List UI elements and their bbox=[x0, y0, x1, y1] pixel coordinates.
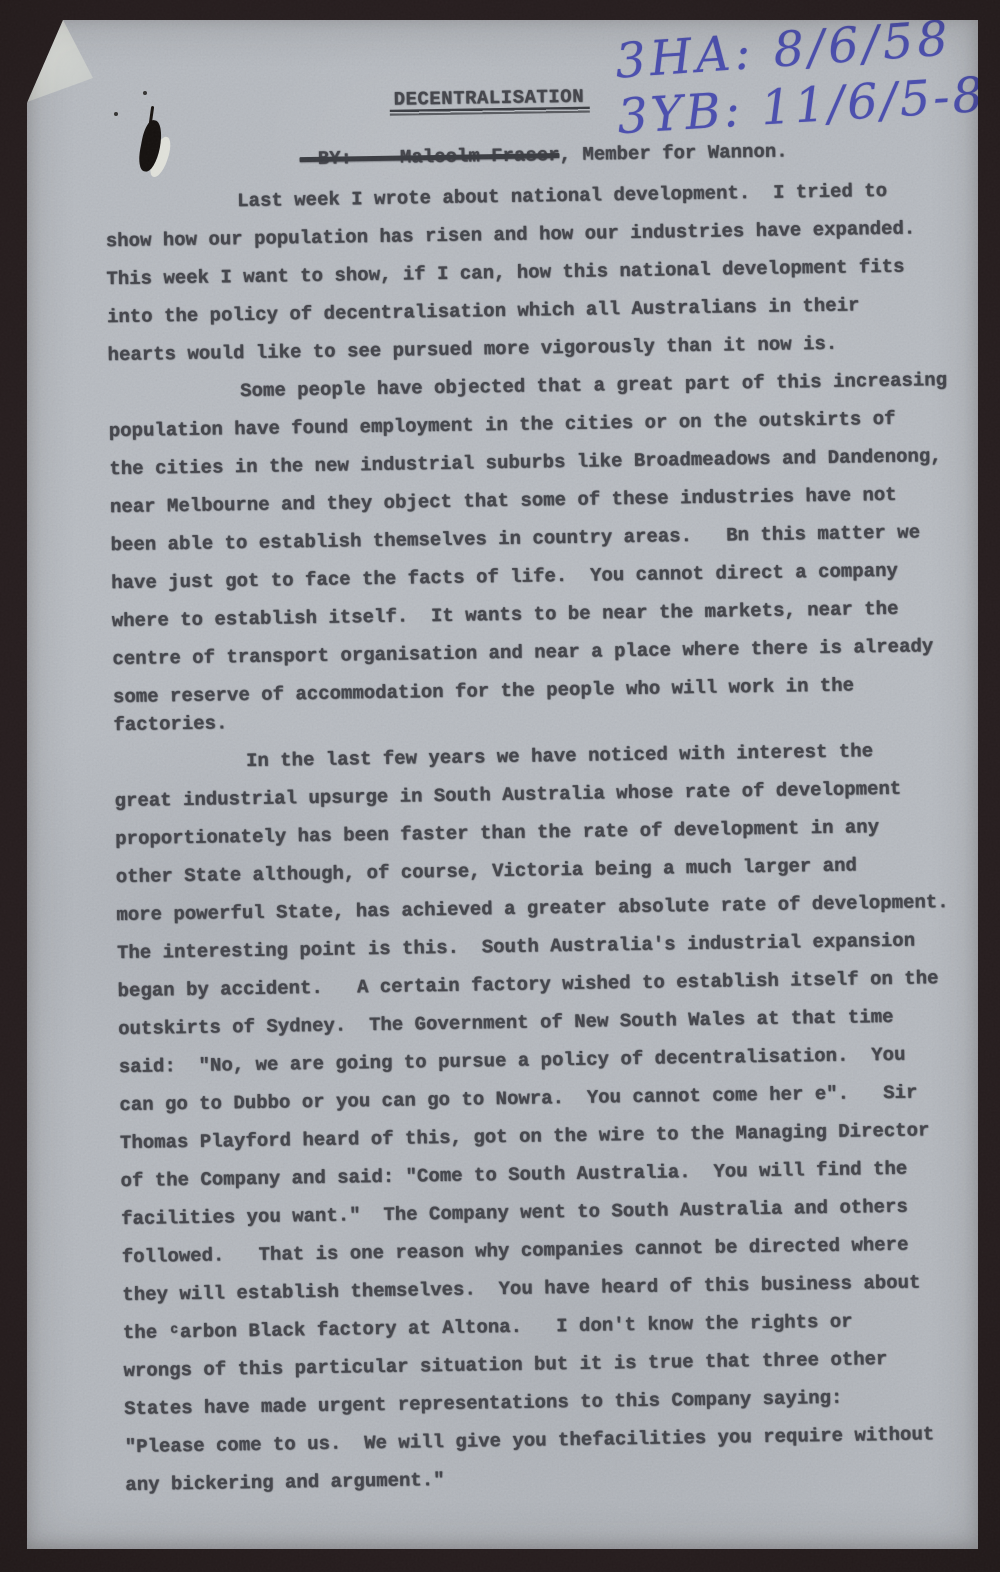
paragraph: In the last few years we have noticed wi… bbox=[114, 731, 986, 1504]
paragraph: Some people have objected that a great p… bbox=[108, 361, 974, 744]
typescript-page: DECENTRALISATION BY:Malcolm Fraser, Memb… bbox=[27, 20, 978, 1549]
document-body: Last week I wrote about national develop… bbox=[105, 171, 986, 1504]
photo-mat-background: DECENTRALISATION BY:Malcolm Fraser, Memb… bbox=[0, 0, 1000, 1572]
typed-content: DECENTRALISATION BY:Malcolm Fraser, Memb… bbox=[24, 6, 999, 1550]
paragraph: Last week I wrote about national develop… bbox=[105, 171, 968, 374]
